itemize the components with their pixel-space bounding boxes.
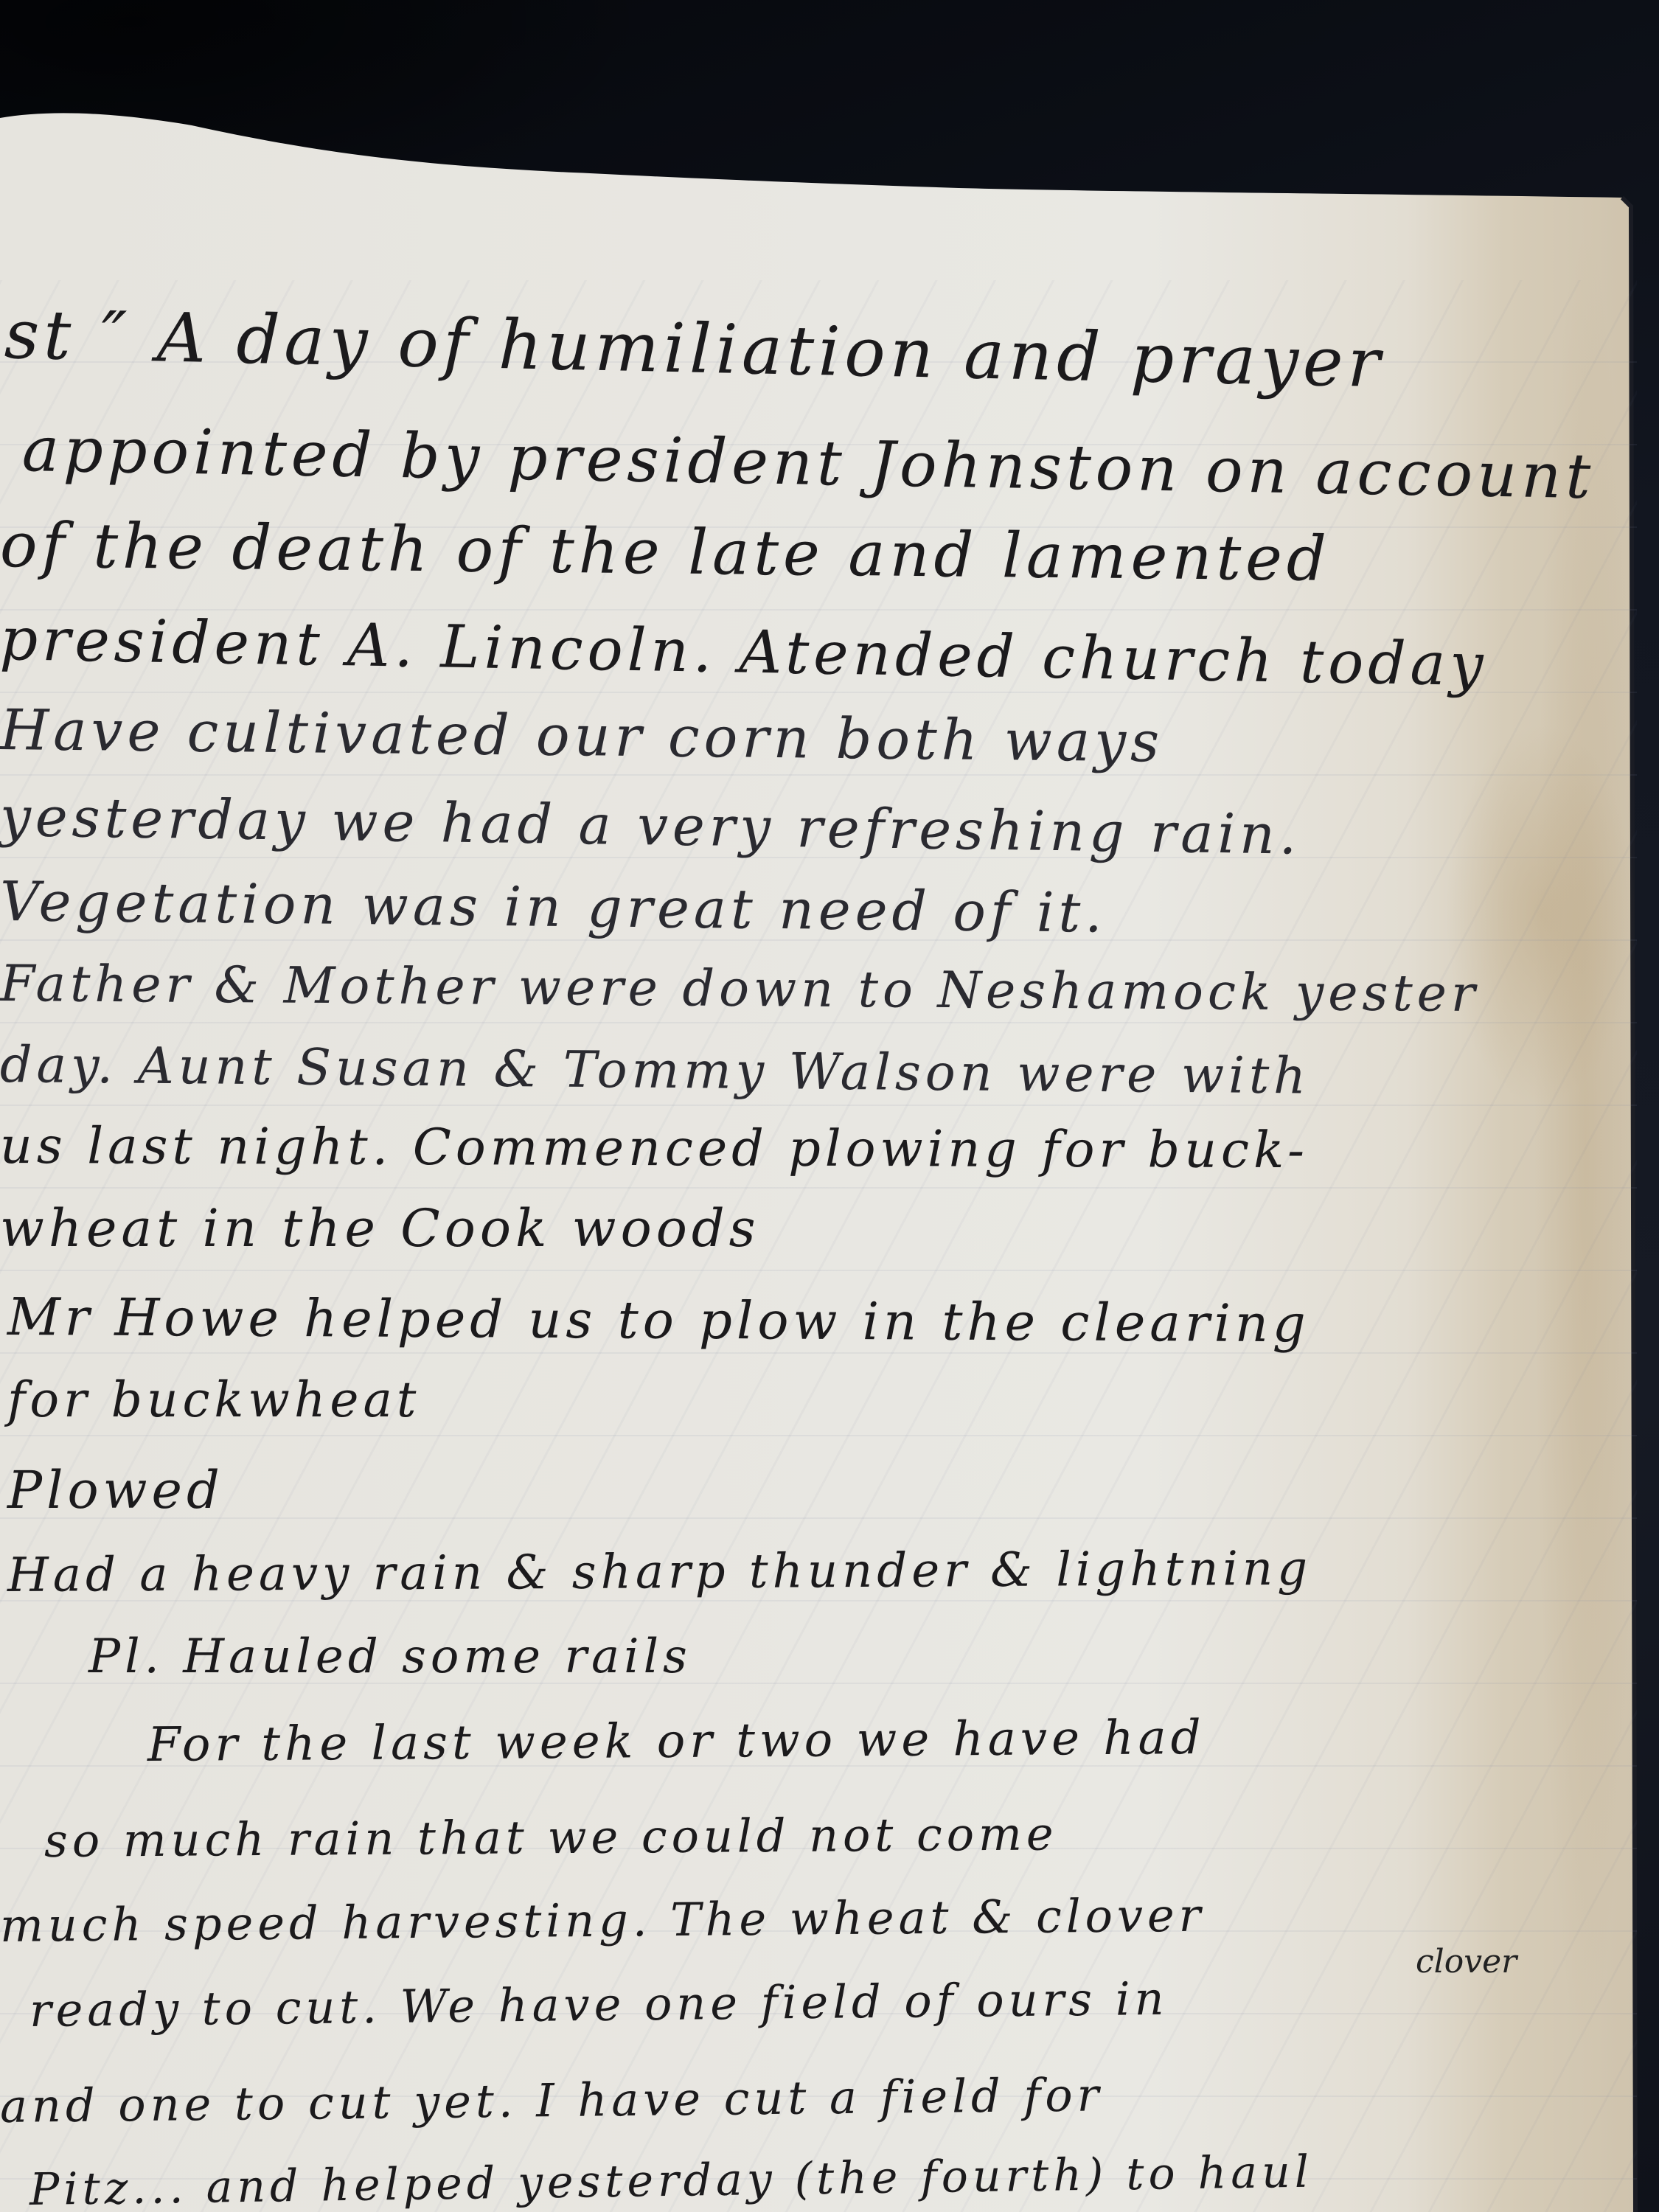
diary-line: much speed harvesting. The wheat & clove…	[0, 1888, 1206, 1952]
photo-scene: st ″ A day of humiliation and prayer app…	[0, 0, 1659, 2212]
diary-line: Mr Howe helped us to plow in the clearin…	[7, 1287, 1310, 1354]
interlinear-insertion: clover	[1416, 1943, 1517, 1980]
diary-line: us last night. Commenced plowing for buc…	[0, 1117, 1309, 1180]
diary-line: Plowed	[7, 1460, 224, 1520]
diary-line: day. Aunt Susan & Tommy Walson were with	[0, 1036, 1310, 1106]
diary-line: Father & Mother were down to Neshamock y…	[0, 955, 1480, 1023]
diary-line: Have cultivated our corn both ways	[0, 697, 1164, 775]
diary-line: for buckwheat	[7, 1371, 420, 1428]
diary-page: st ″ A day of humiliation and prayer app…	[0, 0, 1659, 2212]
diary-line: so much rain that we could not come	[44, 1806, 1058, 1868]
diary-line: For the last week or two we have had	[147, 1711, 1206, 1773]
diary-line: Vegetation was in great need of it.	[0, 870, 1107, 945]
diary-line: of the death of the late and lamented	[0, 509, 1331, 595]
diary-line: Had a heavy rain & sharp thunder & light…	[7, 1542, 1312, 1603]
diary-line: Pl. Hauled some rails	[88, 1630, 692, 1684]
diary-line: wheat in the Cook woods	[0, 1198, 760, 1259]
